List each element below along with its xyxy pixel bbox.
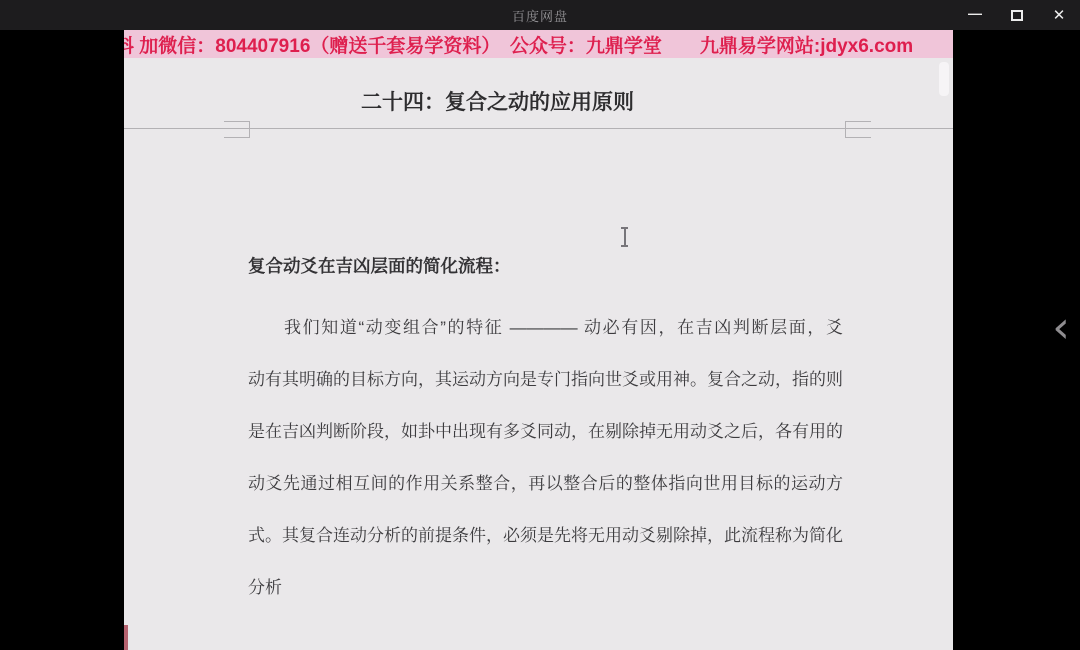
paragraph-line: 是在吉凶判断阶段，如卦中出现有多爻同动，在剔除掉无用动爻之后，各有用的 — [248, 406, 843, 458]
paragraph-line: 动爻先通过相互间的作用关系整合，再以整合后的整体指向世用目标的运动方 — [248, 458, 843, 510]
paragraph-line: 我们知道“动变组合”的特征 ———— 动必有因，在吉凶判断层面，爻 — [248, 302, 843, 354]
minimize-button[interactable]: — — [954, 0, 996, 30]
paragraph-line: 式。其复合连动分析的前提条件，必须是先将无用动爻剔除掉，此流程称为简化 — [248, 510, 843, 562]
red-edge-strip — [124, 625, 128, 650]
promo-banner-text: 料 加微信：804407916（赠送千套易学资料） 公众号：九鼎学堂 九鼎易学网… — [124, 31, 913, 58]
maximize-icon — [1011, 10, 1023, 21]
paragraph-line: 动有其明确的目标方向，其运动方向是专门指向世爻或用神。复合之动，指的则 — [248, 354, 843, 406]
paragraph-line: 分析 — [248, 562, 843, 614]
window-controls: — ✕ — [954, 0, 1080, 30]
scrollbar-thumb[interactable] — [939, 62, 949, 96]
close-button[interactable]: ✕ — [1038, 0, 1080, 30]
margin-crop-mark-right — [845, 121, 871, 138]
window-title: 百度网盘 — [512, 6, 568, 25]
maximize-button[interactable] — [996, 0, 1038, 30]
close-icon: ✕ — [1053, 6, 1066, 24]
page-title: 二十四：复合之动的应用原则 — [124, 86, 953, 116]
paragraph: 我们知道“动变组合”的特征 ———— 动必有因，在吉凶判断层面，爻 动有其明确的… — [248, 302, 843, 614]
document-page: 料 加微信：804407916（赠送千套易学资料） 公众号：九鼎学堂 九鼎易学网… — [124, 30, 953, 650]
minimize-icon: — — [968, 5, 982, 21]
text-cursor-icon — [619, 226, 630, 248]
panel-collapse-chevron-icon[interactable]: ‹ — [1046, 300, 1076, 356]
window-titlebar: 百度网盘 — ✕ — [0, 0, 1080, 30]
promo-banner: 料 加微信：804407916（赠送千套易学资料） 公众号：九鼎学堂 九鼎易学网… — [124, 30, 953, 58]
margin-crop-mark-left — [224, 121, 250, 138]
section-heading: 复合动爻在吉凶层面的简化流程： — [248, 253, 848, 278]
